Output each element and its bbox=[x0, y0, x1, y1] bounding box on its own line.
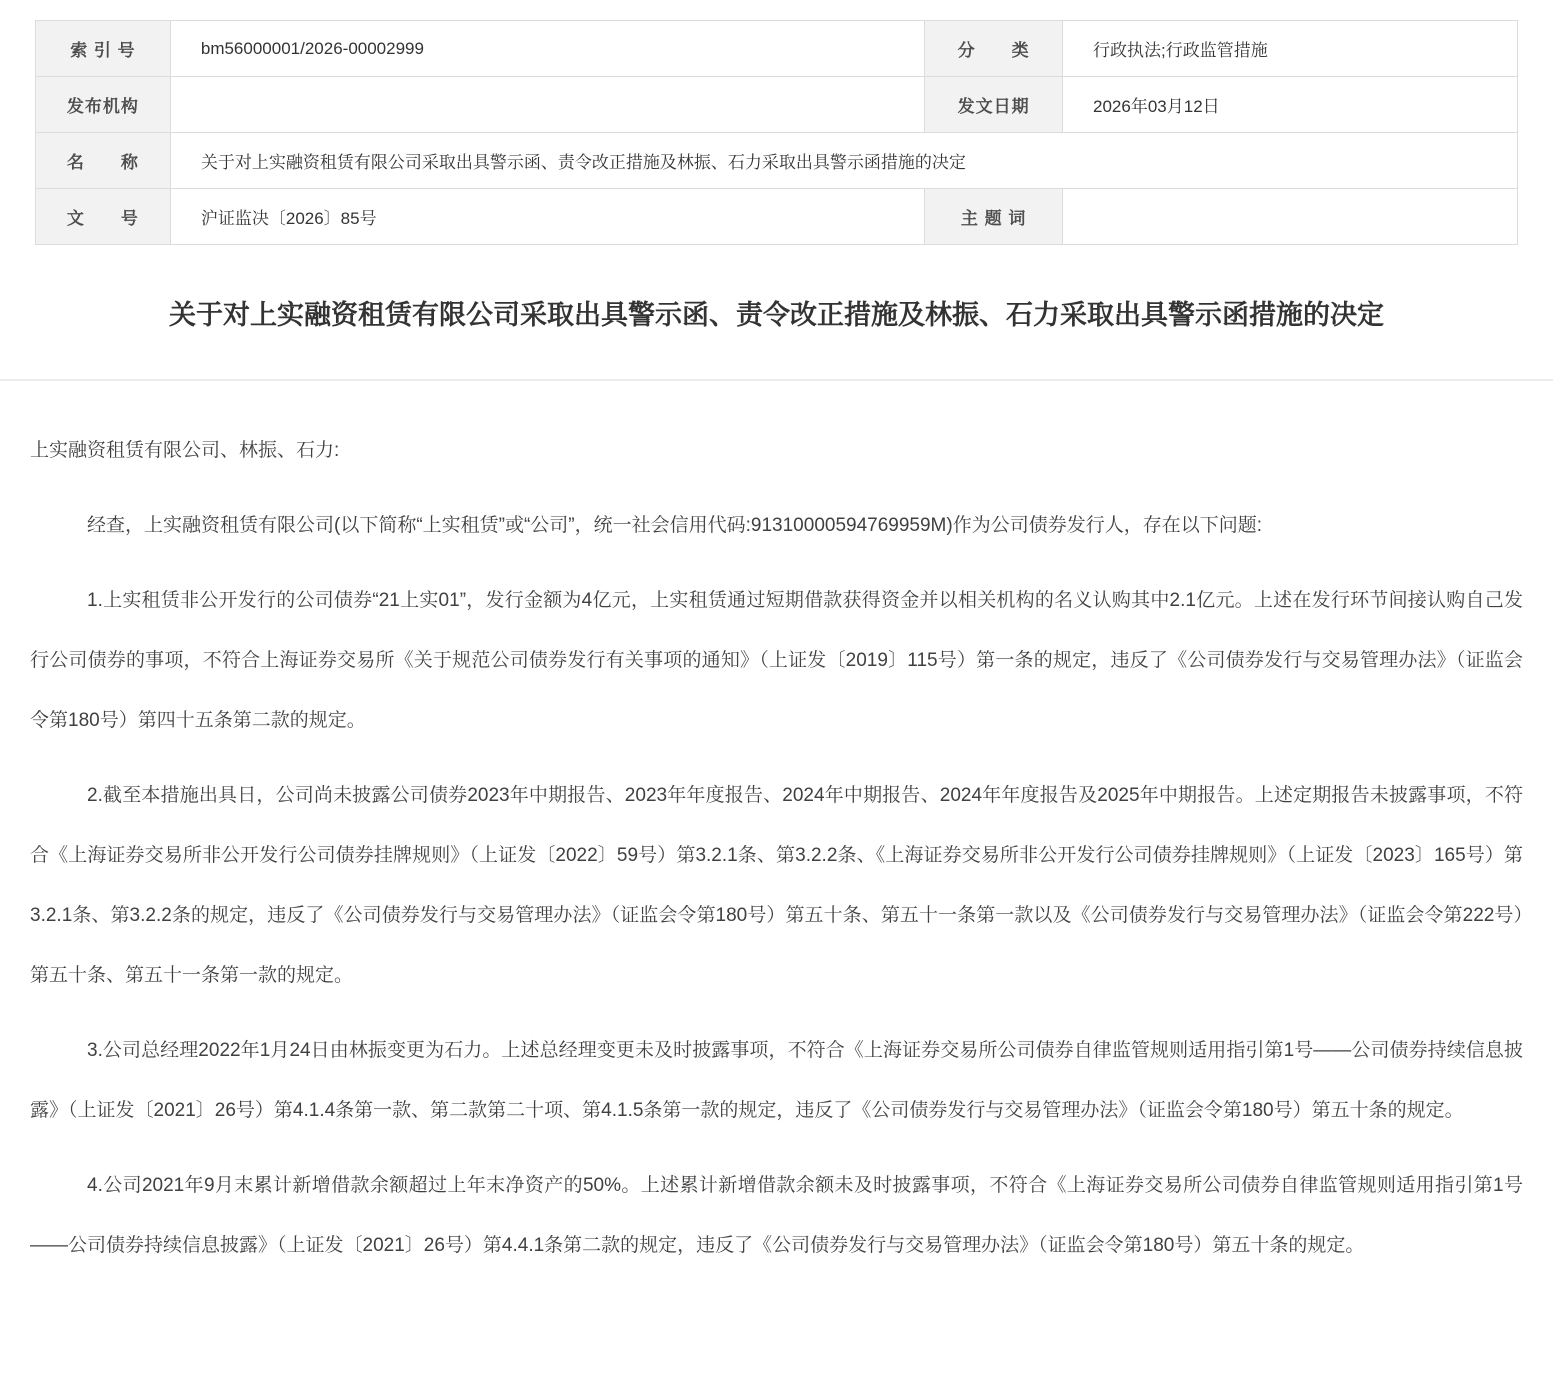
title-divider bbox=[0, 379, 1553, 381]
index-number-value: bm56000001/2026-00002999 bbox=[170, 21, 924, 77]
category-value: 行政执法;行政监管措施 bbox=[1063, 21, 1518, 77]
meta-row-number-subject: 文 号 沪证监决〔2026〕85号 主 题 词 bbox=[36, 189, 1518, 245]
meta-row-agency-date: 发布机构 发文日期 2026年03月12日 bbox=[36, 77, 1518, 133]
meta-row-name: 名 称 关于对上实融资租赁有限公司采取出具警示函、责令改正措施及林振、石力采取出… bbox=[36, 133, 1518, 189]
body-paragraph: 4.公司2021年9月末累计新增借款余额超过上年末净资产的50%。上述累计新增借… bbox=[30, 1156, 1523, 1276]
issuing-agency-label: 发布机构 bbox=[36, 77, 171, 133]
page-title: 关于对上实融资租赁有限公司采取出具警示函、责令改正措施及林振、石力采取出具警示函… bbox=[35, 297, 1518, 335]
salutation-line: 上实融资租赁有限公司、林振、石力: bbox=[30, 421, 1523, 481]
body-paragraph: 1.上实租赁非公开发行的公司债券“21上实01”，发行金额为4亿元，上实租赁通过… bbox=[30, 571, 1523, 751]
document-page: 索 引 号 bm56000001/2026-00002999 分 类 行政执法;… bbox=[0, 0, 1553, 1375]
body-paragraph: 经查，上实融资租赁有限公司(以下简称“上实租赁”或“公司”，统一社会信用代码:9… bbox=[30, 496, 1523, 556]
subject-words-value bbox=[1063, 189, 1518, 245]
meta-row-index-category: 索 引 号 bm56000001/2026-00002999 分 类 行政执法;… bbox=[36, 21, 1518, 77]
meta-table: 索 引 号 bm56000001/2026-00002999 分 类 行政执法;… bbox=[35, 20, 1518, 245]
meta-table-wrapper: 索 引 号 bm56000001/2026-00002999 分 类 行政执法;… bbox=[0, 0, 1553, 245]
publish-date-value: 2026年03月12日 bbox=[1063, 77, 1518, 133]
doc-number-label: 文 号 bbox=[36, 189, 171, 245]
doc-name-label: 名 称 bbox=[36, 133, 171, 189]
subject-words-label: 主 题 词 bbox=[925, 189, 1063, 245]
doc-number-value: 沪证监决〔2026〕85号 bbox=[170, 189, 924, 245]
category-label: 分 类 bbox=[925, 21, 1063, 77]
document-body: 上实融资租赁有限公司、林振、石力: 经查，上实融资租赁有限公司(以下简称“上实租… bbox=[30, 421, 1523, 1276]
publish-date-label: 发文日期 bbox=[925, 77, 1063, 133]
issuing-agency-value bbox=[170, 77, 924, 133]
doc-name-value: 关于对上实融资租赁有限公司采取出具警示函、责令改正措施及林振、石力采取出具警示函… bbox=[170, 133, 1517, 189]
body-paragraph: 3.公司总经理2022年1月24日由林振变更为石力。上述总经理变更未及时披露事项… bbox=[30, 1021, 1523, 1141]
body-paragraph: 2.截至本措施出具日，公司尚未披露公司债券2023年中期报告、2023年年度报告… bbox=[30, 766, 1523, 1006]
index-number-label: 索 引 号 bbox=[36, 21, 171, 77]
